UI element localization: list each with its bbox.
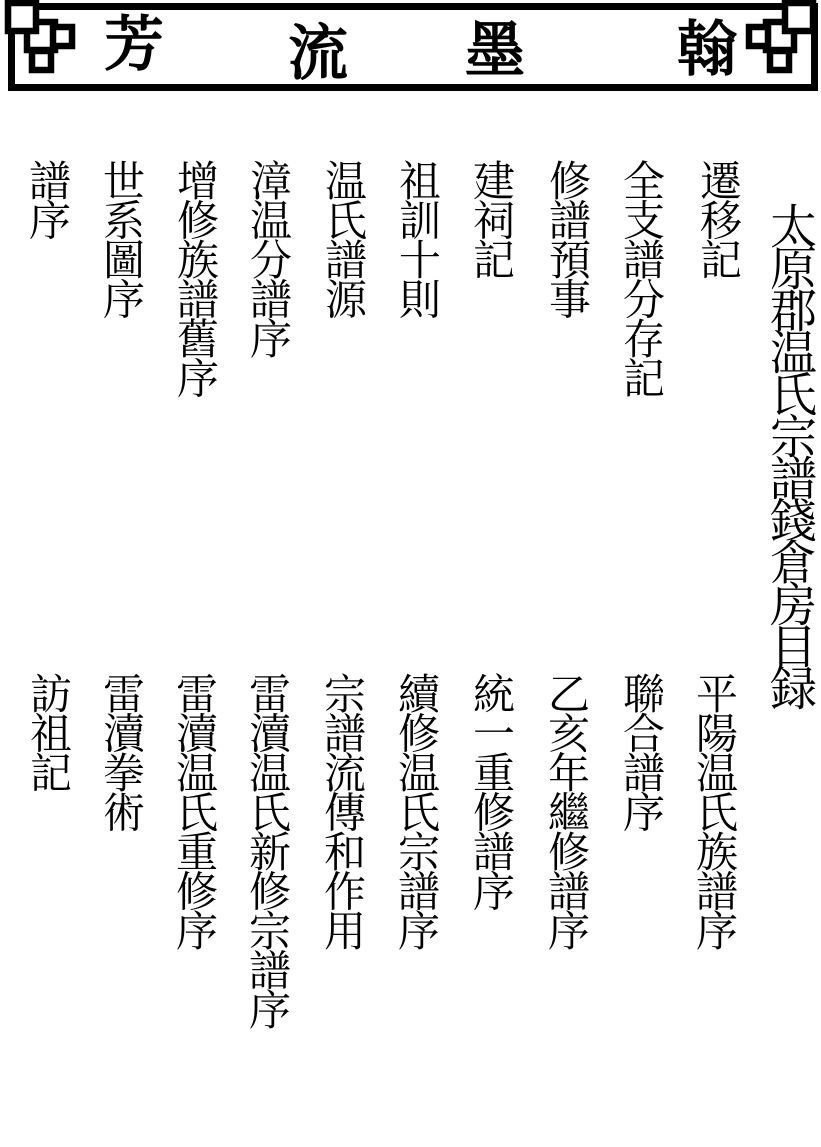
toc-entry: 遷移記 [697, 159, 739, 278]
toc-entry: 宗譜流傳和作用 [321, 672, 363, 949]
toc-entry: 訪祖記 [27, 672, 69, 791]
toc-entry: 增修族譜舊序 [174, 159, 216, 396]
toc-entry: 平陽温氏族譜序 [693, 672, 735, 949]
toc-entry: 建祠記 [470, 159, 512, 278]
toc-entry: 聯合譜序 [620, 672, 662, 830]
toc-entry: 乙亥年繼修譜序 [545, 672, 587, 949]
corner-knot-left-icon [8, 3, 72, 70]
toc-entry: 温氏譜源 [322, 159, 364, 317]
toc-entry: 世系圖序 [100, 159, 142, 317]
genealogy-contents-page: 芳 流 墨 翰 太原郡温氏宗譜錢倉房目録 遷移記 全支譜分存記 修譜預事 建祠記… [0, 0, 821, 1147]
toc-entry: 統一重修譜序 [470, 672, 512, 909]
toc-entry: 修譜預事 [546, 159, 588, 317]
toc-entry: 雷瀆温氏新修宗譜序 [246, 672, 288, 1028]
banner-char-3: 墨 [465, 21, 525, 81]
banner-char-2: 流 [288, 24, 348, 84]
toc-title: 太原郡温氏宗譜錢倉房目録 [766, 202, 813, 706]
banner-char-1: 芳 [104, 15, 164, 75]
toc-entry: 祖訓十則 [396, 159, 438, 317]
toc-entry: 全支譜分存記 [620, 159, 662, 396]
banner-char-4: 翰 [677, 20, 737, 80]
toc-entry: 雷瀆温氏重修序 [173, 672, 215, 949]
corner-knot-right-icon [749, 3, 813, 70]
toc-entry: 漳温分譜序 [247, 159, 289, 357]
toc-entry: 譜序 [26, 159, 68, 238]
toc-entry: 雷瀆拳術 [100, 672, 142, 830]
toc-entry: 續修温氏宗譜序 [395, 672, 437, 949]
